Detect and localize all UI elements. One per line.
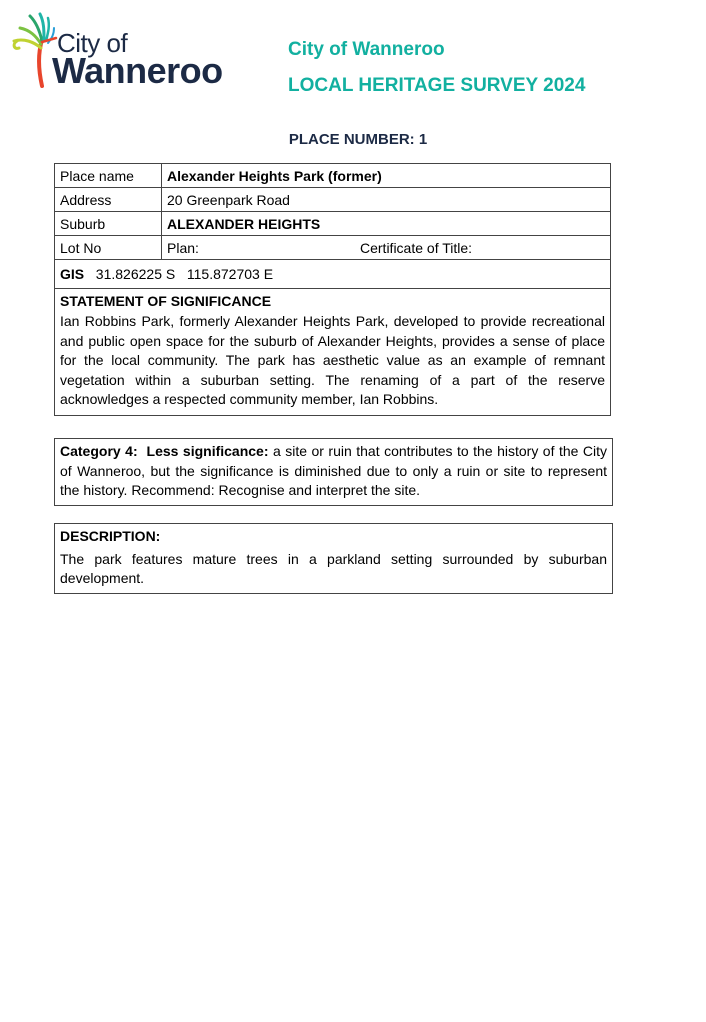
gis-latitude: 31.826225 S	[96, 266, 175, 282]
description-heading: DESCRIPTION:	[60, 527, 607, 547]
place-number: PLACE NUMBER: 1	[0, 131, 706, 148]
description-text: The park features mature trees in a park…	[60, 550, 607, 589]
city-of-wanneroo-logo: City of Wanneroo	[8, 8, 228, 88]
table-row: Place name Alexander Heights Park (forme…	[55, 164, 611, 188]
table-row: Address 20 Greenpark Road	[55, 188, 611, 212]
place-name-value: Alexander Heights Park (former)	[162, 164, 611, 188]
statement-cell: STATEMENT OF SIGNIFICANCE Ian Robbins Pa…	[55, 289, 611, 416]
gis-label: GIS	[60, 266, 84, 282]
gis-longitude: 115.872703 E	[187, 266, 273, 282]
certificate-label: Certificate of Title:	[360, 240, 472, 256]
plan-label: Plan:	[167, 240, 360, 256]
suburb-value: ALEXANDER HEIGHTS	[162, 212, 611, 236]
place-info-table: Place name Alexander Heights Park (forme…	[54, 163, 611, 416]
header-survey-title: LOCAL HERITAGE SURVEY 2024	[288, 75, 585, 97]
table-row: Suburb ALEXANDER HEIGHTS	[55, 212, 611, 236]
plan-cert-cell: Plan:Certificate of Title:	[162, 236, 611, 260]
lot-label: Lot No	[55, 236, 162, 260]
header-org: City of Wanneroo	[288, 39, 445, 61]
place-name-label: Place name	[55, 164, 162, 188]
address-value: 20 Greenpark Road	[162, 188, 611, 212]
gis-cell: GIS 31.826225 S 115.872703 E	[55, 260, 611, 289]
table-row: GIS 31.826225 S 115.872703 E	[55, 260, 611, 289]
table-row: Lot No Plan:Certificate of Title:	[55, 236, 611, 260]
statement-heading: STATEMENT OF SIGNIFICANCE	[60, 293, 605, 309]
description-box: DESCRIPTION: The park features mature tr…	[54, 523, 613, 594]
category-box: Category 4: Less significance: a site or…	[54, 438, 613, 506]
table-row: STATEMENT OF SIGNIFICANCE Ian Robbins Pa…	[55, 289, 611, 416]
statement-text: Ian Robbins Park, formerly Alexander Hei…	[60, 312, 605, 410]
logo-wanneroo: Wanneroo	[52, 50, 223, 92]
suburb-label: Suburb	[55, 212, 162, 236]
address-label: Address	[55, 188, 162, 212]
category-label: Category 4: Less significance:	[60, 443, 269, 459]
